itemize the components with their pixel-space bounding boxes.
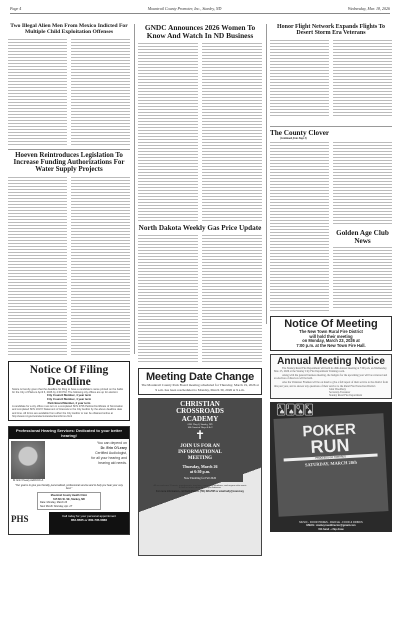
notice-filing-title: Notice Of Filing Deadline [12,364,126,388]
clover-subhead: (Continued from Page 3) [270,137,392,140]
hearing-quote: "Our goal is to give you friendly, perso… [9,484,129,490]
article-body-golden-age [333,247,392,309]
playing-cards-icon: 🂡🂫🂭🂮 [276,405,313,416]
meeting-date-change-notice: Meeting Date Change The Mountrail County… [138,368,262,395]
article-body-gndc [138,43,262,221]
annual-p1: The Stanley Rural Fire Department will h… [274,367,388,374]
column-left: Two Illegal Alien Men From Mexico Indict… [8,24,130,535]
meeting-change-title: Meeting Date Change [141,371,259,383]
article-headline-gas: North Dakota Weekly Gas Price Update [138,225,262,233]
academy-enrolling: Now Enrolling for Fall 2026 [159,477,241,480]
article-headline-clover: The County Clover [270,130,392,138]
article-headline-golden-age: Golden Age Club News [333,230,392,245]
hearing-intro-5: hearing aid needs. [45,461,127,466]
annual-p3: Also the Volunteer Firemen will be on ha… [274,381,388,388]
clinic-next: Next Month: Monday, Apr. 27 [40,505,98,508]
article-body-clover: Golden Age Club News [270,142,392,312]
column-right: Honor Flight Network Expands Flights To … [270,24,392,532]
article-body-gas [138,235,262,363]
academy-contact: For more information, call Kelly Patton.… [139,489,261,495]
clinic-info: Mountrail County Health Clinic 615 6th S… [37,492,101,510]
meeting-change-text: The Mountrail County Park Board meeting … [141,383,259,392]
annual-p2: Along with the general business meeting,… [274,374,388,381]
column-divider [266,24,267,324]
hearing-ad: Professional Hearing Services: Dedicated… [8,426,130,535]
academy-name-3: ACADEMY [139,416,261,423]
christian-crossroads-ad: CHRISTIAN CROSSROADS ACADEMY 6261 Hwy 8,… [138,398,262,556]
poker-run-ad: 🂡🂫🂭🂮 POKER RUN PROCEEDS GO TOWARDS SATUR… [270,402,392,532]
hearing-cta: Call today for your personal appointment… [49,512,129,534]
article-headline-indicted: Two Illegal Alien Men From Mexico Indict… [8,24,130,36]
notice-of-meeting: Notice Of Meeting The New Town Rural Fir… [270,316,392,350]
annual-meeting-title: Annual Meeting Notice [274,356,388,367]
academy-time: at 6:30 p.m. [159,469,241,474]
article-headline-honor-flight: Honor Flight Network Expands Flights To … [270,24,392,37]
notice-filing-deadline: Notice Of Filing Deadline Notice is here… [8,361,130,422]
annual-meeting-notice: Annual Meeting Notice The Stanley Rural … [270,354,392,400]
article-body-hoeven [8,177,130,355]
poker-extra: 6th hand - chip draw [270,528,392,531]
academy-join-3: MEETING [159,456,241,462]
column-middle: GNDC Announces 2026 Women To Know And Wa… [138,24,262,556]
hearing-banner: Professional Hearing Services: Dedicated… [9,427,129,439]
column-divider [134,24,135,354]
annual-sign-org: Stanley Rural Fire Department [329,394,388,397]
page-folio: Page 4 Mountrail County Promoter, Inc., … [10,6,390,14]
article-body-indicted [8,39,130,145]
article-headline-hoeven: Hoeven Reintroduces Legislation To Incre… [8,149,130,174]
page-number: Page 4 [10,6,21,13]
audiologist-photo [11,441,45,479]
article-body-honor-flight [270,40,392,118]
notice-filing-footer: A candidate for a city office must turn … [12,405,126,418]
academy-welcome: All are welcome! Parents, grandparents, … [139,482,261,489]
cross-icon: ✝ [139,429,261,442]
photo-caption: Dr. Erin O'Leary AuD/CCC-A [11,479,45,482]
hearing-phone: 852-6565 or 800-735-5866 [50,518,128,522]
fire-line-4: 7:00 p.m. at the New Town Fire Hall. [272,344,390,349]
paper-name: Mountrail County Promoter, Inc., Stanley… [148,6,222,13]
phs-logo: PHS [9,512,49,534]
article-headline-gndc: GNDC Announces 2026 Women To Know And Wa… [138,24,262,40]
issue-date: Wednesday, Mar. 18, 2026 [348,6,390,13]
